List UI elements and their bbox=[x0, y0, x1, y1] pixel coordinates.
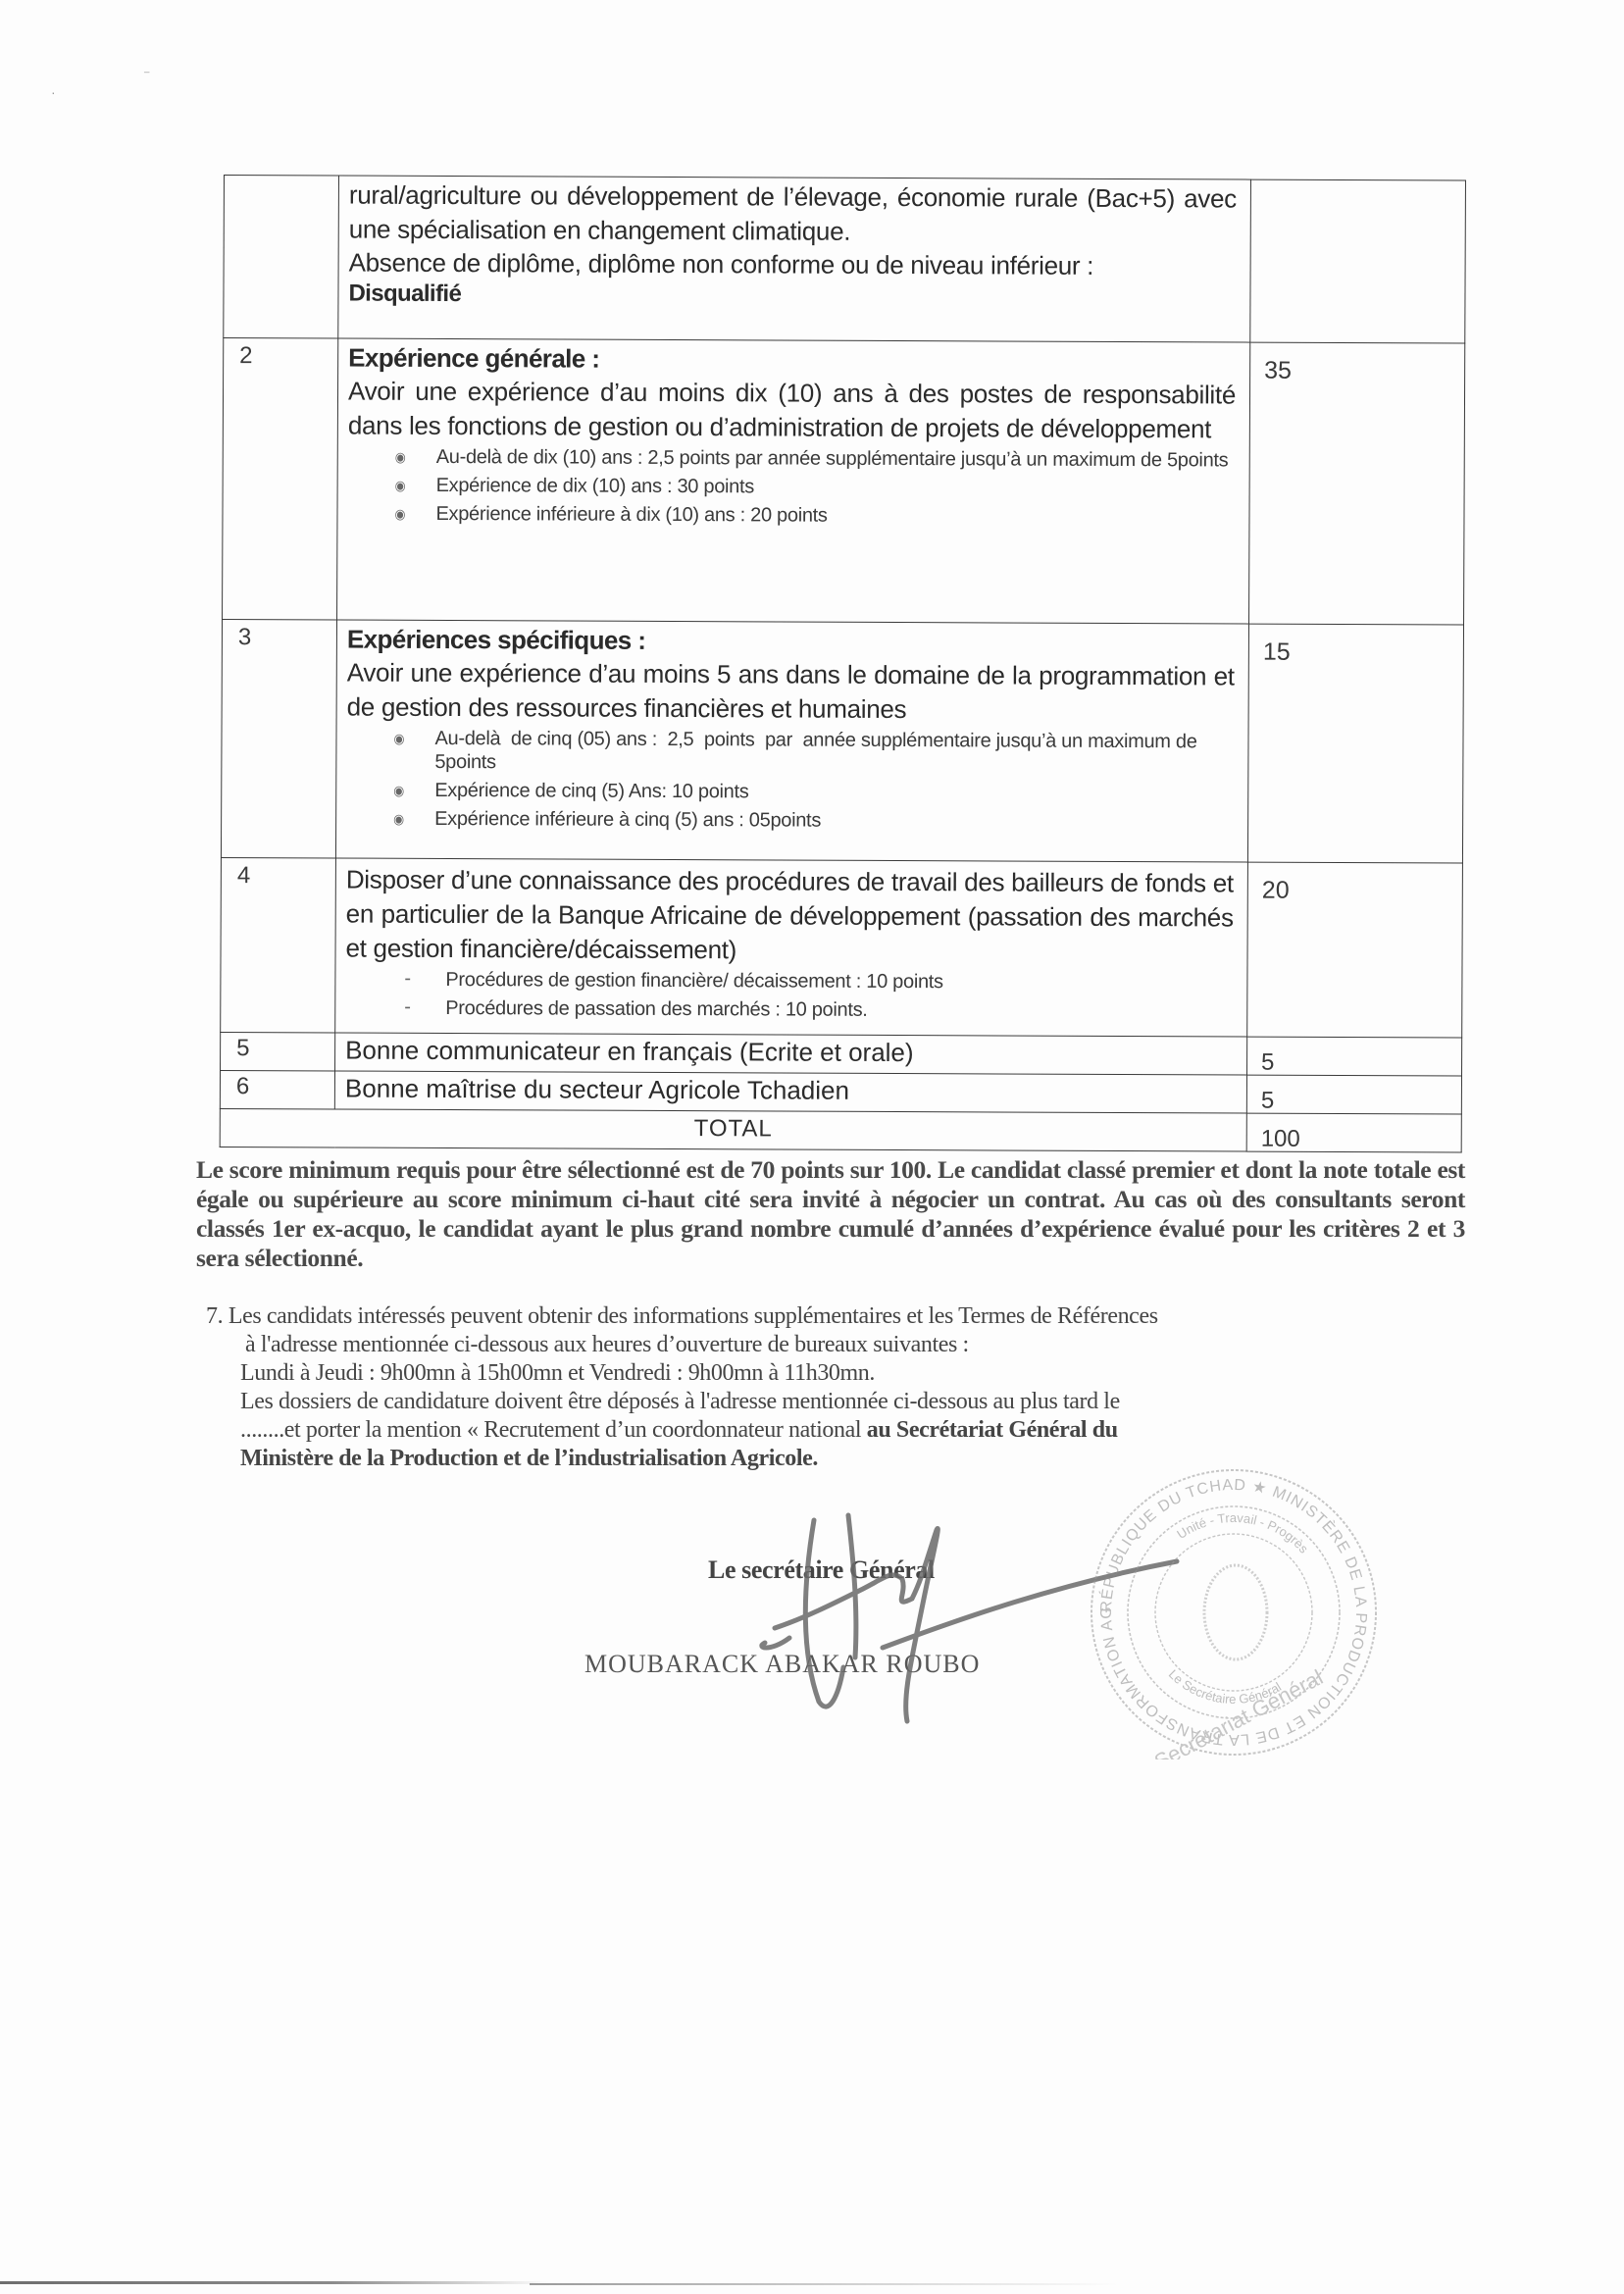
dash-icon: - bbox=[404, 967, 410, 991]
criterion-number: 6 bbox=[220, 1070, 334, 1109]
bullet-circle-icon: ◉ bbox=[395, 474, 406, 497]
list-item: ◉Expérience inférieure à cinq (5) ans : … bbox=[393, 807, 1234, 835]
list-item-text: Procédures de gestion financière/ décais… bbox=[445, 969, 942, 993]
list-item-text: Procédures de passation des marchés : 10… bbox=[445, 997, 867, 1021]
criterion-text: Absence de diplôme, diplôme non conforme… bbox=[349, 246, 1237, 284]
criterion-text: rural/agriculture ou développement de l’… bbox=[349, 178, 1237, 251]
list-item: ◉Expérience de dix (10) ans : 30 points bbox=[395, 474, 1236, 501]
sub-criteria-list: -Procédures de gestion financière/ décai… bbox=[345, 968, 1233, 1024]
criterion-text: Avoir une expérience d’au moins dix (10)… bbox=[348, 375, 1236, 447]
svg-text:Unité - Travail - Progrès: Unité - Travail - Progrès bbox=[1174, 1510, 1311, 1556]
criterion-text: Disposer d’une connaissance des procédur… bbox=[345, 861, 1233, 970]
dash-icon: - bbox=[404, 995, 410, 1019]
list-item: ◉Expérience inférieure à dix (10) ans : … bbox=[394, 502, 1235, 530]
criterion-heading: Expériences spécifiques : bbox=[347, 623, 1235, 660]
sub-criteria-list: ◉Au-delà de cinq (05) ans : 2,5 points p… bbox=[346, 727, 1234, 835]
table-row: 5 Bonne communicateur en français (Ecrit… bbox=[221, 1032, 1462, 1076]
section-7-line: 7. Les candidats intéressés peuvent obte… bbox=[206, 1302, 1471, 1331]
list-item: ◉Au-delà de dix (10) ans : 2,5 points pa… bbox=[395, 445, 1236, 473]
section-7-text: ........et porter la mention « Recruteme… bbox=[240, 1417, 867, 1443]
criterion-number: 3 bbox=[221, 619, 336, 858]
bullet-circle-icon: ◉ bbox=[394, 502, 405, 526]
criterion-score: 5 bbox=[1246, 1075, 1461, 1114]
stamp-motto: Unité - Travail - Progrès bbox=[1174, 1510, 1311, 1556]
criterion-description: Bonne communicateur en français (Ecrite … bbox=[335, 1033, 1247, 1075]
section-7-bold-text: au Secrétariat Général du bbox=[867, 1417, 1118, 1443]
scan-speck: ⁻ bbox=[143, 67, 150, 83]
scan-speck: · bbox=[51, 84, 56, 100]
sub-criteria-list: ◉Au-delà de dix (10) ans : 2,5 points pa… bbox=[347, 445, 1235, 530]
section-number: 7. bbox=[206, 1303, 223, 1329]
list-item-text: Au-delà de dix (10) ans : 2,5 points par… bbox=[436, 446, 1229, 472]
total-score: 100 bbox=[1246, 1113, 1461, 1152]
total-label: TOTAL bbox=[220, 1108, 1246, 1151]
criterion-score: 5 bbox=[1247, 1037, 1462, 1076]
ministry-name: Ministère de la Production et de l’indus… bbox=[240, 1446, 818, 1471]
criterion-number bbox=[224, 176, 339, 339]
bullet-circle-icon: ◉ bbox=[393, 727, 404, 750]
selection-rule-paragraph: Le score minimum requis pour être sélect… bbox=[196, 1155, 1465, 1273]
evaluation-criteria-table: rural/agriculture ou développement de l’… bbox=[220, 175, 1466, 1153]
criterion-score: 15 bbox=[1247, 624, 1463, 863]
section-7-text: Les candidats intéressés peuvent obtenir… bbox=[228, 1303, 1158, 1329]
list-item: -Procédures de passation des marchés : 1… bbox=[404, 996, 1233, 1024]
table-row: rural/agriculture ou développement de l’… bbox=[224, 176, 1466, 344]
criterion-score: 20 bbox=[1247, 862, 1463, 1038]
list-item: ◉Au-delà de cinq (05) ans : 2,5 points p… bbox=[393, 727, 1234, 778]
opening-hours: Lundi à Jeudi : 9h00mn à 15h00mn et Vend… bbox=[206, 1359, 1471, 1388]
bullet-circle-icon: ◉ bbox=[393, 807, 404, 831]
criterion-number: 2 bbox=[223, 338, 338, 621]
criterion-number: 5 bbox=[221, 1032, 335, 1071]
table-row: 6 Bonne maîtrise du secteur Agricole Tch… bbox=[220, 1070, 1461, 1114]
criterion-score bbox=[1250, 179, 1466, 343]
list-item: -Procédures de gestion financière/ décai… bbox=[404, 968, 1233, 995]
list-item-text: Expérience inférieure à cinq (5) ans : 0… bbox=[434, 808, 821, 832]
bullet-circle-icon: ◉ bbox=[395, 445, 406, 469]
list-item-text: Expérience de dix (10) ans : 30 points bbox=[436, 475, 754, 497]
list-item-text: Expérience inférieure à dix (10) ans : 2… bbox=[435, 503, 827, 527]
list-item: ◉Expérience de cinq (5) Ans: 10 points bbox=[393, 779, 1234, 806]
criterion-heading: Expérience générale : bbox=[348, 341, 1236, 379]
list-item-text: Au-delà de cinq (05) ans : 2,5 points pa… bbox=[434, 728, 1202, 773]
scan-edge-line bbox=[0, 2281, 549, 2284]
bullet-circle-icon: ◉ bbox=[393, 779, 404, 802]
table-row: 2 Expérience générale : Avoir une expéri… bbox=[223, 338, 1465, 626]
section-7-line: à l'adresse mentionnée ci-dessous aux he… bbox=[206, 1331, 1471, 1359]
section-7: 7. Les candidats intéressés peuvent obte… bbox=[206, 1302, 1471, 1473]
table-row: 4 Disposer d’une connaissance des procéd… bbox=[221, 857, 1463, 1038]
section-7-line: ........et porter la mention « Recruteme… bbox=[206, 1416, 1471, 1445]
table-row: 3 Expériences spécifiques : Avoir une ex… bbox=[221, 619, 1463, 863]
criterion-text: Avoir une expérience d’au moins 5 ans da… bbox=[347, 656, 1235, 729]
criterion-description: Expérience générale : Avoir une expérien… bbox=[337, 338, 1250, 624]
criterion-description: rural/agriculture ou développement de l’… bbox=[338, 176, 1251, 342]
criterion-description: Bonne maîtrise du secteur Agricole Tchad… bbox=[334, 1071, 1246, 1113]
official-stamp-icon: RÉPUBLIQUE DU TCHAD ★ MINISTÈRE DE LA PR… bbox=[1087, 1465, 1381, 1759]
scan-edge-line bbox=[530, 2283, 1118, 2285]
criterion-score: 35 bbox=[1249, 342, 1465, 625]
section-7-line: Les dossiers de candidature doivent être… bbox=[206, 1388, 1471, 1416]
criterion-number: 4 bbox=[221, 857, 336, 1033]
disqualified-label: Disqualifié bbox=[348, 280, 1236, 312]
criterion-description: Disposer d’une connaissance des procédur… bbox=[335, 858, 1248, 1037]
criterion-description: Expériences spécifiques : Avoir une expé… bbox=[335, 620, 1248, 862]
table-total-row: TOTAL 100 bbox=[220, 1108, 1461, 1152]
list-item-text: Expérience de cinq (5) Ans: 10 points bbox=[434, 780, 748, 802]
